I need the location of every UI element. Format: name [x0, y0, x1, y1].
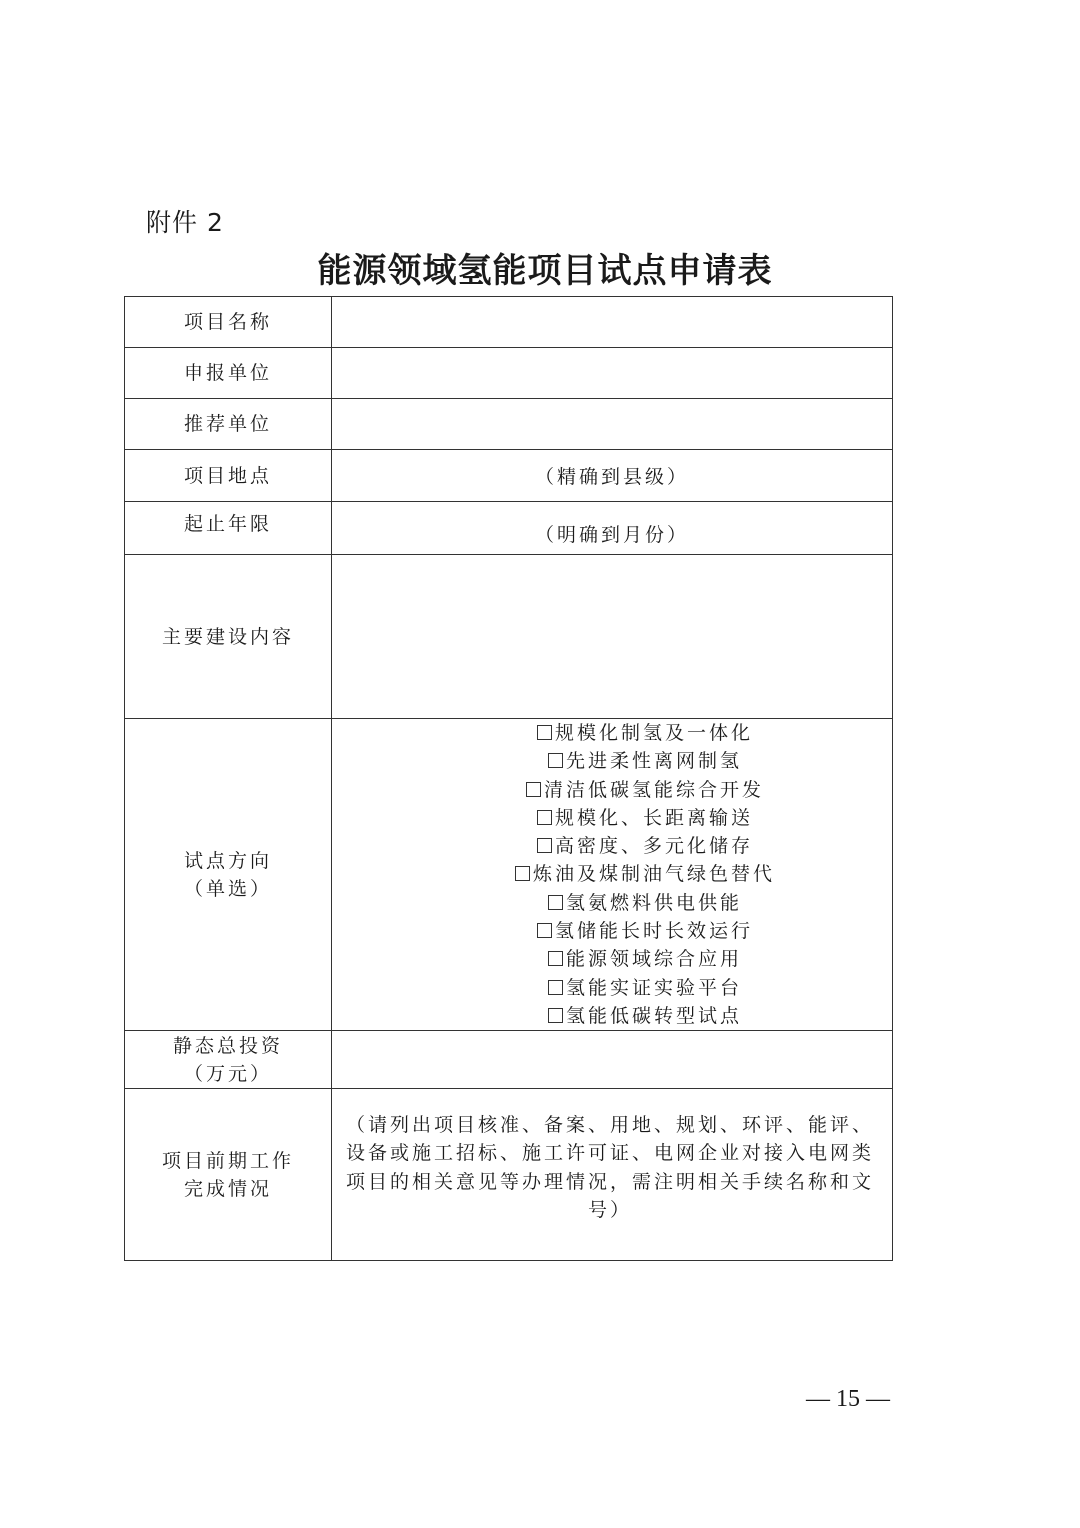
option-5[interactable]: 炼油及煤制油气绿色替代	[398, 860, 892, 888]
row-preliminary-work: 项目前期工作 完成情况 （请列出项目核准、备案、用地、规划、环评、能评、设备或施…	[125, 1089, 893, 1261]
attachment-label: 附件 2	[146, 203, 224, 239]
option-label: 先进柔性离网制氢	[566, 750, 742, 772]
option-label: 能源领域综合应用	[566, 948, 742, 970]
row-applicant-unit: 申报单位	[125, 348, 893, 399]
option-8[interactable]: 能源领域综合应用	[398, 945, 892, 973]
option-label: 规模化、长距离输送	[555, 807, 753, 829]
option-10[interactable]: 氢能低碳转型试点	[398, 1002, 892, 1030]
preliminary-work-subtitle: 完成情况	[125, 1175, 331, 1203]
field-project-period[interactable]: （明确到月份）	[332, 502, 893, 555]
field-project-name[interactable]	[332, 297, 893, 348]
checkbox-icon[interactable]	[537, 810, 552, 825]
option-1[interactable]: 先进柔性离网制氢	[398, 747, 892, 775]
label-pilot-direction: 试点方向 （单选）	[125, 719, 332, 1031]
checkbox-icon[interactable]	[548, 753, 563, 768]
checkbox-icon[interactable]	[526, 782, 541, 797]
option-label: 氢能实证实验平台	[566, 977, 742, 999]
investment-title: 静态总投资	[125, 1032, 331, 1060]
option-0[interactable]: 规模化制氢及一体化	[398, 719, 892, 747]
label-static-investment: 静态总投资 （万元）	[125, 1031, 332, 1089]
label-project-period: 起止年限	[125, 502, 332, 555]
checkbox-icon[interactable]	[537, 838, 552, 853]
application-form-table: 项目名称 申报单位 推荐单位 项目地点 （精确到县级） 起止年限 （明确到月份）…	[124, 296, 893, 1261]
row-static-investment: 静态总投资 （万元）	[125, 1031, 893, 1089]
row-main-construction: 主要建设内容	[125, 555, 893, 719]
row-recommending-unit: 推荐单位	[125, 399, 893, 450]
option-3[interactable]: 规模化、长距离输送	[398, 804, 892, 832]
pilot-direction-note: （单选）	[125, 875, 331, 903]
row-project-location: 项目地点 （精确到县级）	[125, 450, 893, 502]
field-static-investment[interactable]	[332, 1031, 893, 1089]
row-project-period: 起止年限 （明确到月份）	[125, 502, 893, 555]
checkbox-icon[interactable]	[548, 1008, 563, 1023]
checkbox-icon[interactable]	[548, 895, 563, 910]
checkbox-icon[interactable]	[537, 725, 552, 740]
investment-unit: （万元）	[125, 1060, 331, 1088]
field-preliminary-work[interactable]: （请列出项目核准、备案、用地、规划、环评、能评、设备或施工招标、施工许可证、电网…	[332, 1089, 893, 1261]
field-recommending-unit[interactable]	[332, 399, 893, 450]
label-preliminary-work: 项目前期工作 完成情况	[125, 1089, 332, 1261]
option-label: 清洁低碳氢能综合开发	[544, 779, 764, 801]
option-7[interactable]: 氢储能长时长效运行	[398, 917, 892, 945]
row-pilot-direction: 试点方向 （单选） 规模化制氢及一体化 先进柔性离网制氢 清洁低碳氢能综合开发 …	[125, 719, 893, 1031]
label-project-location: 项目地点	[125, 450, 332, 502]
option-2[interactable]: 清洁低碳氢能综合开发	[398, 776, 892, 804]
checkbox-icon[interactable]	[537, 923, 552, 938]
field-applicant-unit[interactable]	[332, 348, 893, 399]
pilot-direction-title: 试点方向	[125, 847, 331, 875]
page-number: — 15 —	[806, 1386, 890, 1413]
field-main-construction[interactable]	[332, 555, 893, 719]
option-label: 氢氨燃料供电供能	[566, 892, 742, 914]
label-main-construction: 主要建设内容	[125, 555, 332, 719]
option-9[interactable]: 氢能实证实验平台	[398, 974, 892, 1002]
checkbox-icon[interactable]	[548, 980, 563, 995]
option-label: 氢能低碳转型试点	[566, 1005, 742, 1027]
pilot-direction-options: 规模化制氢及一体化 先进柔性离网制氢 清洁低碳氢能综合开发 规模化、长距离输送 …	[332, 719, 893, 1031]
option-label: 高密度、多元化储存	[555, 835, 753, 857]
field-project-location[interactable]: （精确到县级）	[332, 450, 893, 502]
option-label: 氢储能长时长效运行	[555, 920, 753, 942]
checkbox-icon[interactable]	[515, 866, 530, 881]
label-applicant-unit: 申报单位	[125, 348, 332, 399]
option-4[interactable]: 高密度、多元化储存	[398, 832, 892, 860]
option-label: 规模化制氢及一体化	[555, 722, 753, 744]
label-project-name: 项目名称	[125, 297, 332, 348]
preliminary-work-title: 项目前期工作	[125, 1147, 331, 1175]
label-recommending-unit: 推荐单位	[125, 399, 332, 450]
option-6[interactable]: 氢氨燃料供电供能	[398, 889, 892, 917]
row-project-name: 项目名称	[125, 297, 893, 348]
option-label: 炼油及煤制油气绿色替代	[533, 863, 775, 885]
page-title: 能源领域氢能项目试点申请表	[0, 243, 1080, 292]
checkbox-icon[interactable]	[548, 951, 563, 966]
